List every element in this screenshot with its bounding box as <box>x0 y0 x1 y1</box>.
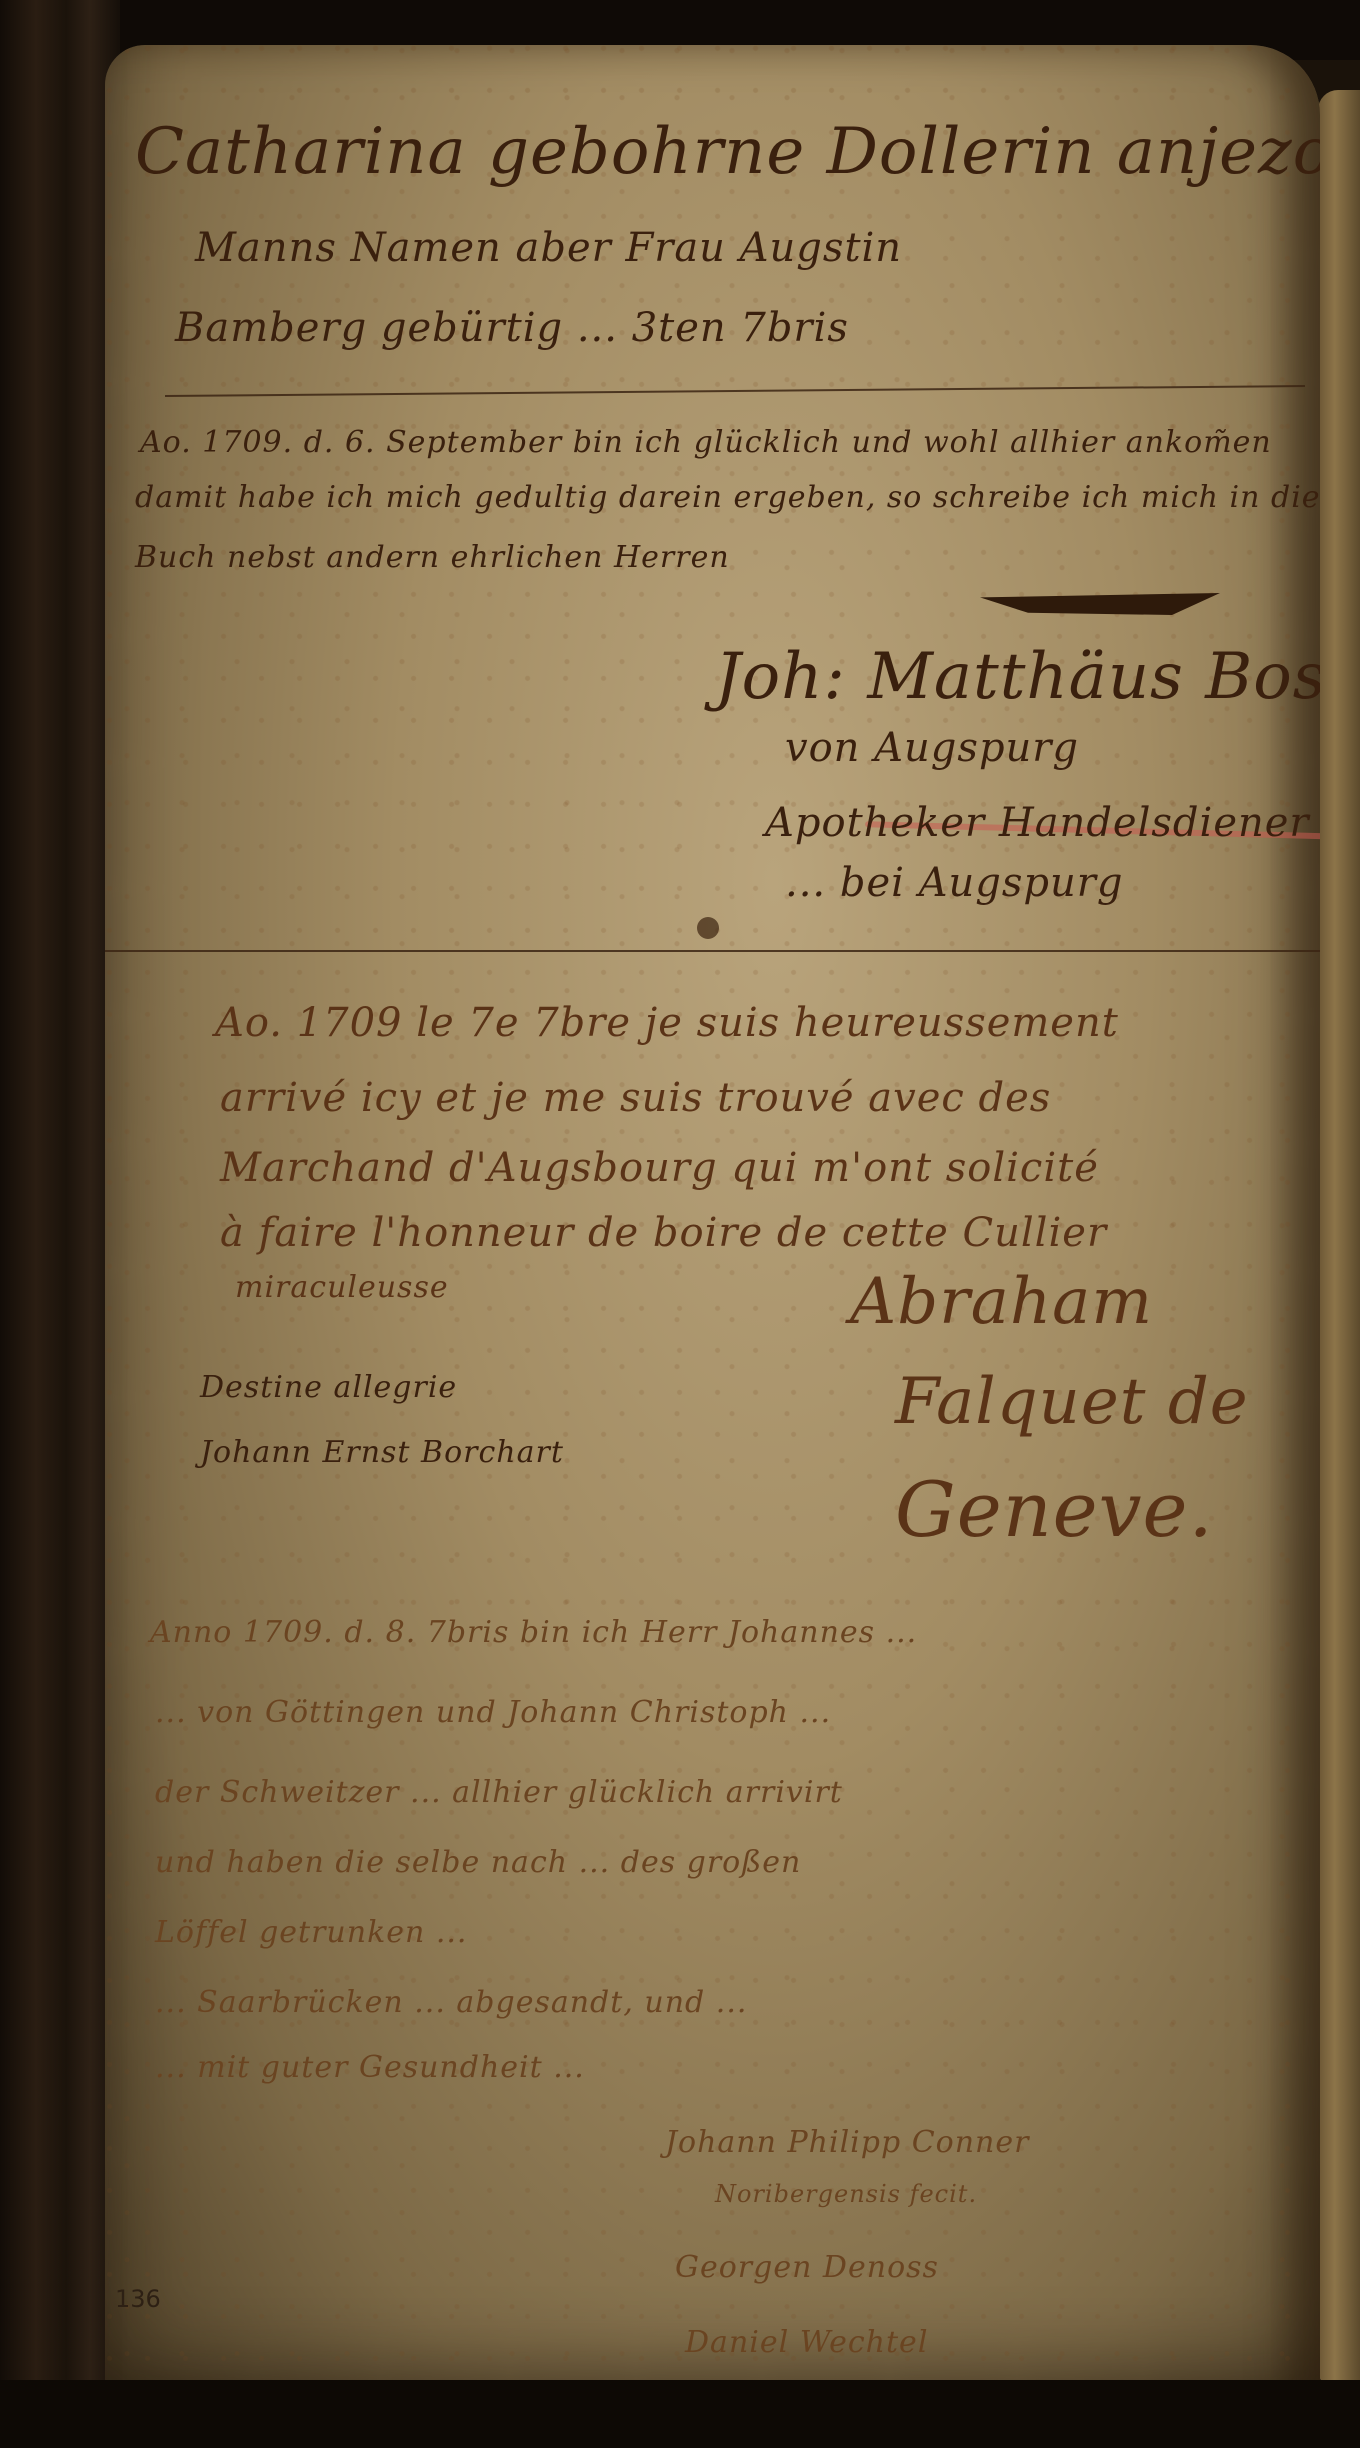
book-bottom-shadow <box>0 2380 1360 2448</box>
entry-3-signature-city: Geneve. <box>895 1465 1214 1554</box>
entry-3-line-3: Marchand d'Augsbourg qui m'ont solicité <box>220 1145 1099 1191</box>
entry-3-line-5: miraculeusse <box>235 1270 449 1305</box>
page-number: 136 <box>115 2285 161 2313</box>
entry-2-line-1: Ao. 1709. d. 6. September bin ich glückl… <box>140 425 1272 460</box>
entry-3-signature-last: Falquet de <box>895 1365 1249 1439</box>
entry-1-line-3: Bamberg gebürtig ... 3ten 7bris <box>175 305 849 351</box>
ink-stain <box>697 917 719 939</box>
entry-4-signature-1: Johann Philipp Conner <box>665 2125 1029 2160</box>
divider-1 <box>165 385 1305 397</box>
manuscript-page: Catharina gebohrne Dollerin anjezo Manns… <box>105 45 1320 2435</box>
entry-2-signature-place: ... bei Augspurg <box>785 860 1124 906</box>
entry-4-signature-2: Georgen Denoss <box>675 2250 939 2285</box>
entry-2-signature-title: Apotheker Handelsdiener <box>765 800 1310 846</box>
entry-4-signature-1-note: Noribergensis fecit. <box>715 2180 977 2208</box>
entry-4-line-6: ... Saarbrücken ... abgesandt, und ... <box>155 1985 747 2020</box>
entry-4-line-5: Löffel getrunken ... <box>155 1915 467 1950</box>
entry-4-signature-3: Daniel Wechtel <box>685 2325 928 2360</box>
adjacent-page-edge <box>1318 90 1360 2390</box>
entry-3-witness-motto: Destine allegrie <box>200 1370 457 1405</box>
entry-4-line-2: ... von Göttingen und Johann Christoph .… <box>155 1695 831 1730</box>
entry-4-line-4: und haben die selbe nach ... des großen <box>155 1845 801 1880</box>
entry-2-signature-city: von Augspurg <box>785 725 1079 771</box>
entry-3-line-4: à faire l'honneur de boire de cette Cull… <box>220 1210 1107 1256</box>
entry-3-line-1: Ao. 1709 le 7e 7bre je suis heureussemen… <box>215 1000 1119 1046</box>
entry-2-signature-name: Joh: Matthäus Bosch <box>715 640 1320 714</box>
entry-3-witness-name: Johann Ernst Borchart <box>200 1435 564 1470</box>
entry-2-line-2: damit habe ich mich gedultig darein erge… <box>135 480 1320 515</box>
entry-3-signature-first: Abraham <box>850 1265 1153 1339</box>
entry-1-line-2: Manns Namen aber Frau Augstin <box>195 225 902 271</box>
book-spine-edge <box>0 0 120 2448</box>
entry-3-line-2: arrivé icy et je me suis trouvé avec des <box>220 1075 1051 1121</box>
entry-4-line-1: Anno 1709. d. 8. 7bris bin ich Herr Joha… <box>150 1615 917 1650</box>
ink-flourish <box>980 593 1220 615</box>
divider-2 <box>105 950 1320 952</box>
entry-4-line-7: ... mit guter Gesundheit ... <box>155 2050 585 2085</box>
entry-4-line-3: der Schweitzer ... allhier glücklich arr… <box>155 1775 843 1810</box>
entry-2-line-3: Buch nebst andern ehrlichen Herren <box>135 540 730 575</box>
entry-1-line-1: Catharina gebohrne Dollerin anjezo <box>135 115 1320 189</box>
